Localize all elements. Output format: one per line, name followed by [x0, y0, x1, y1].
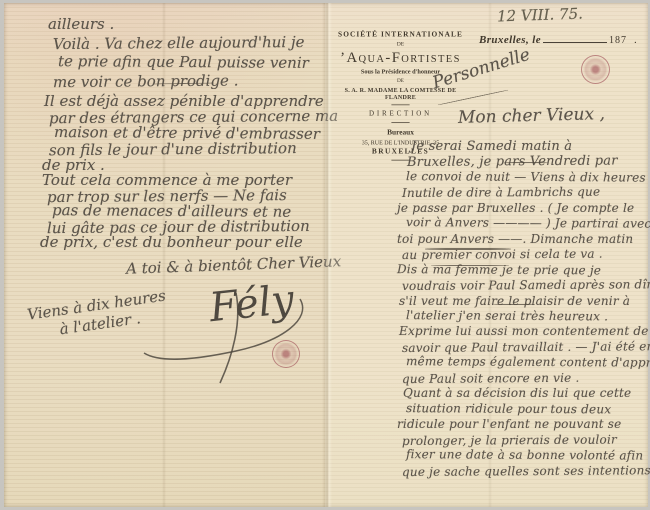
handwritten-line: ridicule pour l'enfant ne pouvant se	[397, 417, 650, 432]
strikethrough-mark	[425, 248, 511, 250]
handwritten-line: ailleurs .	[48, 15, 309, 34]
page-right: SOCIÉTÉ INTERNATIONALE DE ’Aqua-Fortiste…	[325, 3, 648, 507]
letter-sheet: ailleurs .Voilà . Va chez elle aujourd'h…	[4, 3, 648, 507]
handwritten-line: toi pour Anvers ——. Dimanche matin	[397, 232, 650, 247]
handwritten-line: Je serai Samedi matin à	[411, 139, 650, 154]
handwritten-line: s'il veut me faire le plaisir de venir à	[399, 294, 650, 309]
letterhead-society: SOCIÉTÉ INTERNATIONALE	[334, 31, 467, 39]
handwritten-line: situation ridicule pour tous deux	[406, 401, 650, 418]
handwritten-line: que Paul soit encore en vie .	[402, 370, 650, 387]
letterhead-rule	[391, 122, 409, 123]
letterhead-direction: DIRECTION	[334, 110, 467, 118]
handwritten-line: Exprime lui aussi mon contentement de	[399, 324, 650, 339]
handwritten-line: son fils le jour d'une distribution	[49, 140, 338, 159]
handwritten-line: fixer une date à sa bonne volonté afin	[406, 447, 650, 464]
left-paragraph-1: ailleurs .Voilà . Va chez elle aujourd'h…	[46, 15, 309, 91]
dateline-dot: .	[634, 34, 637, 46]
handwritten-line: lui gâte pas ce jour de distribution	[47, 219, 310, 237]
letterhead-title: ’Aqua-Fortistes	[334, 49, 467, 67]
page-left: ailleurs .Voilà . Va chez elle aujourd'h…	[4, 3, 325, 507]
collection-stamp-icon	[581, 55, 610, 84]
handwritten-line: même temps également content d'apprendre	[406, 354, 650, 371]
handwritten-line: Voilà . Va chez elle aujourd'hui je	[53, 33, 309, 54]
letterhead-rule	[391, 105, 409, 106]
handwritten-line: te prie afin que Paul puisse venir	[58, 52, 309, 73]
handwritten-line: voudrais voir Paul Samedi après son dîne…	[402, 277, 650, 294]
letter-scan: ailleurs .Voilà . Va chez elle aujourd'h…	[0, 0, 650, 510]
dateline-prefix: Bruxelles, le	[479, 34, 541, 46]
dateline-year: 187	[609, 35, 627, 46]
handwritten-line: que je sache quelles sont ses intentions	[402, 463, 650, 480]
right-body: Je serai Samedi matin àBruxelles, je par…	[397, 139, 650, 479]
letterhead-bureaux: Bureaux	[334, 129, 467, 137]
handwritten-line: Inutile de dire à Lambrichs que	[402, 184, 650, 201]
handwritten-line: l'atelier j'en serai très heureux .	[406, 308, 650, 325]
signature-text: Fély	[206, 276, 297, 331]
handwritten-line: de prix, c'est du bonheur pour elle	[40, 235, 310, 251]
handwritten-date: 12 VIII. 75.	[497, 5, 583, 26]
printed-dateline: Bruxelles, le187.	[479, 33, 637, 46]
salutation: Mon cher Vieux ,	[458, 104, 605, 128]
left-paragraph-3: Tout cela commence à me porterpar trop s…	[40, 173, 310, 251]
dateline-blank	[543, 33, 607, 43]
collection-stamp-icon	[272, 340, 300, 368]
handwritten-line: je passe par Bruxelles . ( Je compte le	[397, 201, 650, 216]
handwritten-line: me voir ce bon prodige .	[53, 71, 309, 92]
handwritten-line: voir à Anvers ———— ) Je partirai avec	[406, 215, 650, 232]
left-paragraph-2: Il est déjà assez pénible d'apprendrepar…	[42, 93, 338, 173]
letterhead-de: DE	[334, 41, 467, 47]
underline-mark	[504, 162, 548, 163]
underline-mark	[431, 265, 509, 266]
handwritten-line: Quant à sa décision dis lui que cette	[403, 386, 650, 401]
